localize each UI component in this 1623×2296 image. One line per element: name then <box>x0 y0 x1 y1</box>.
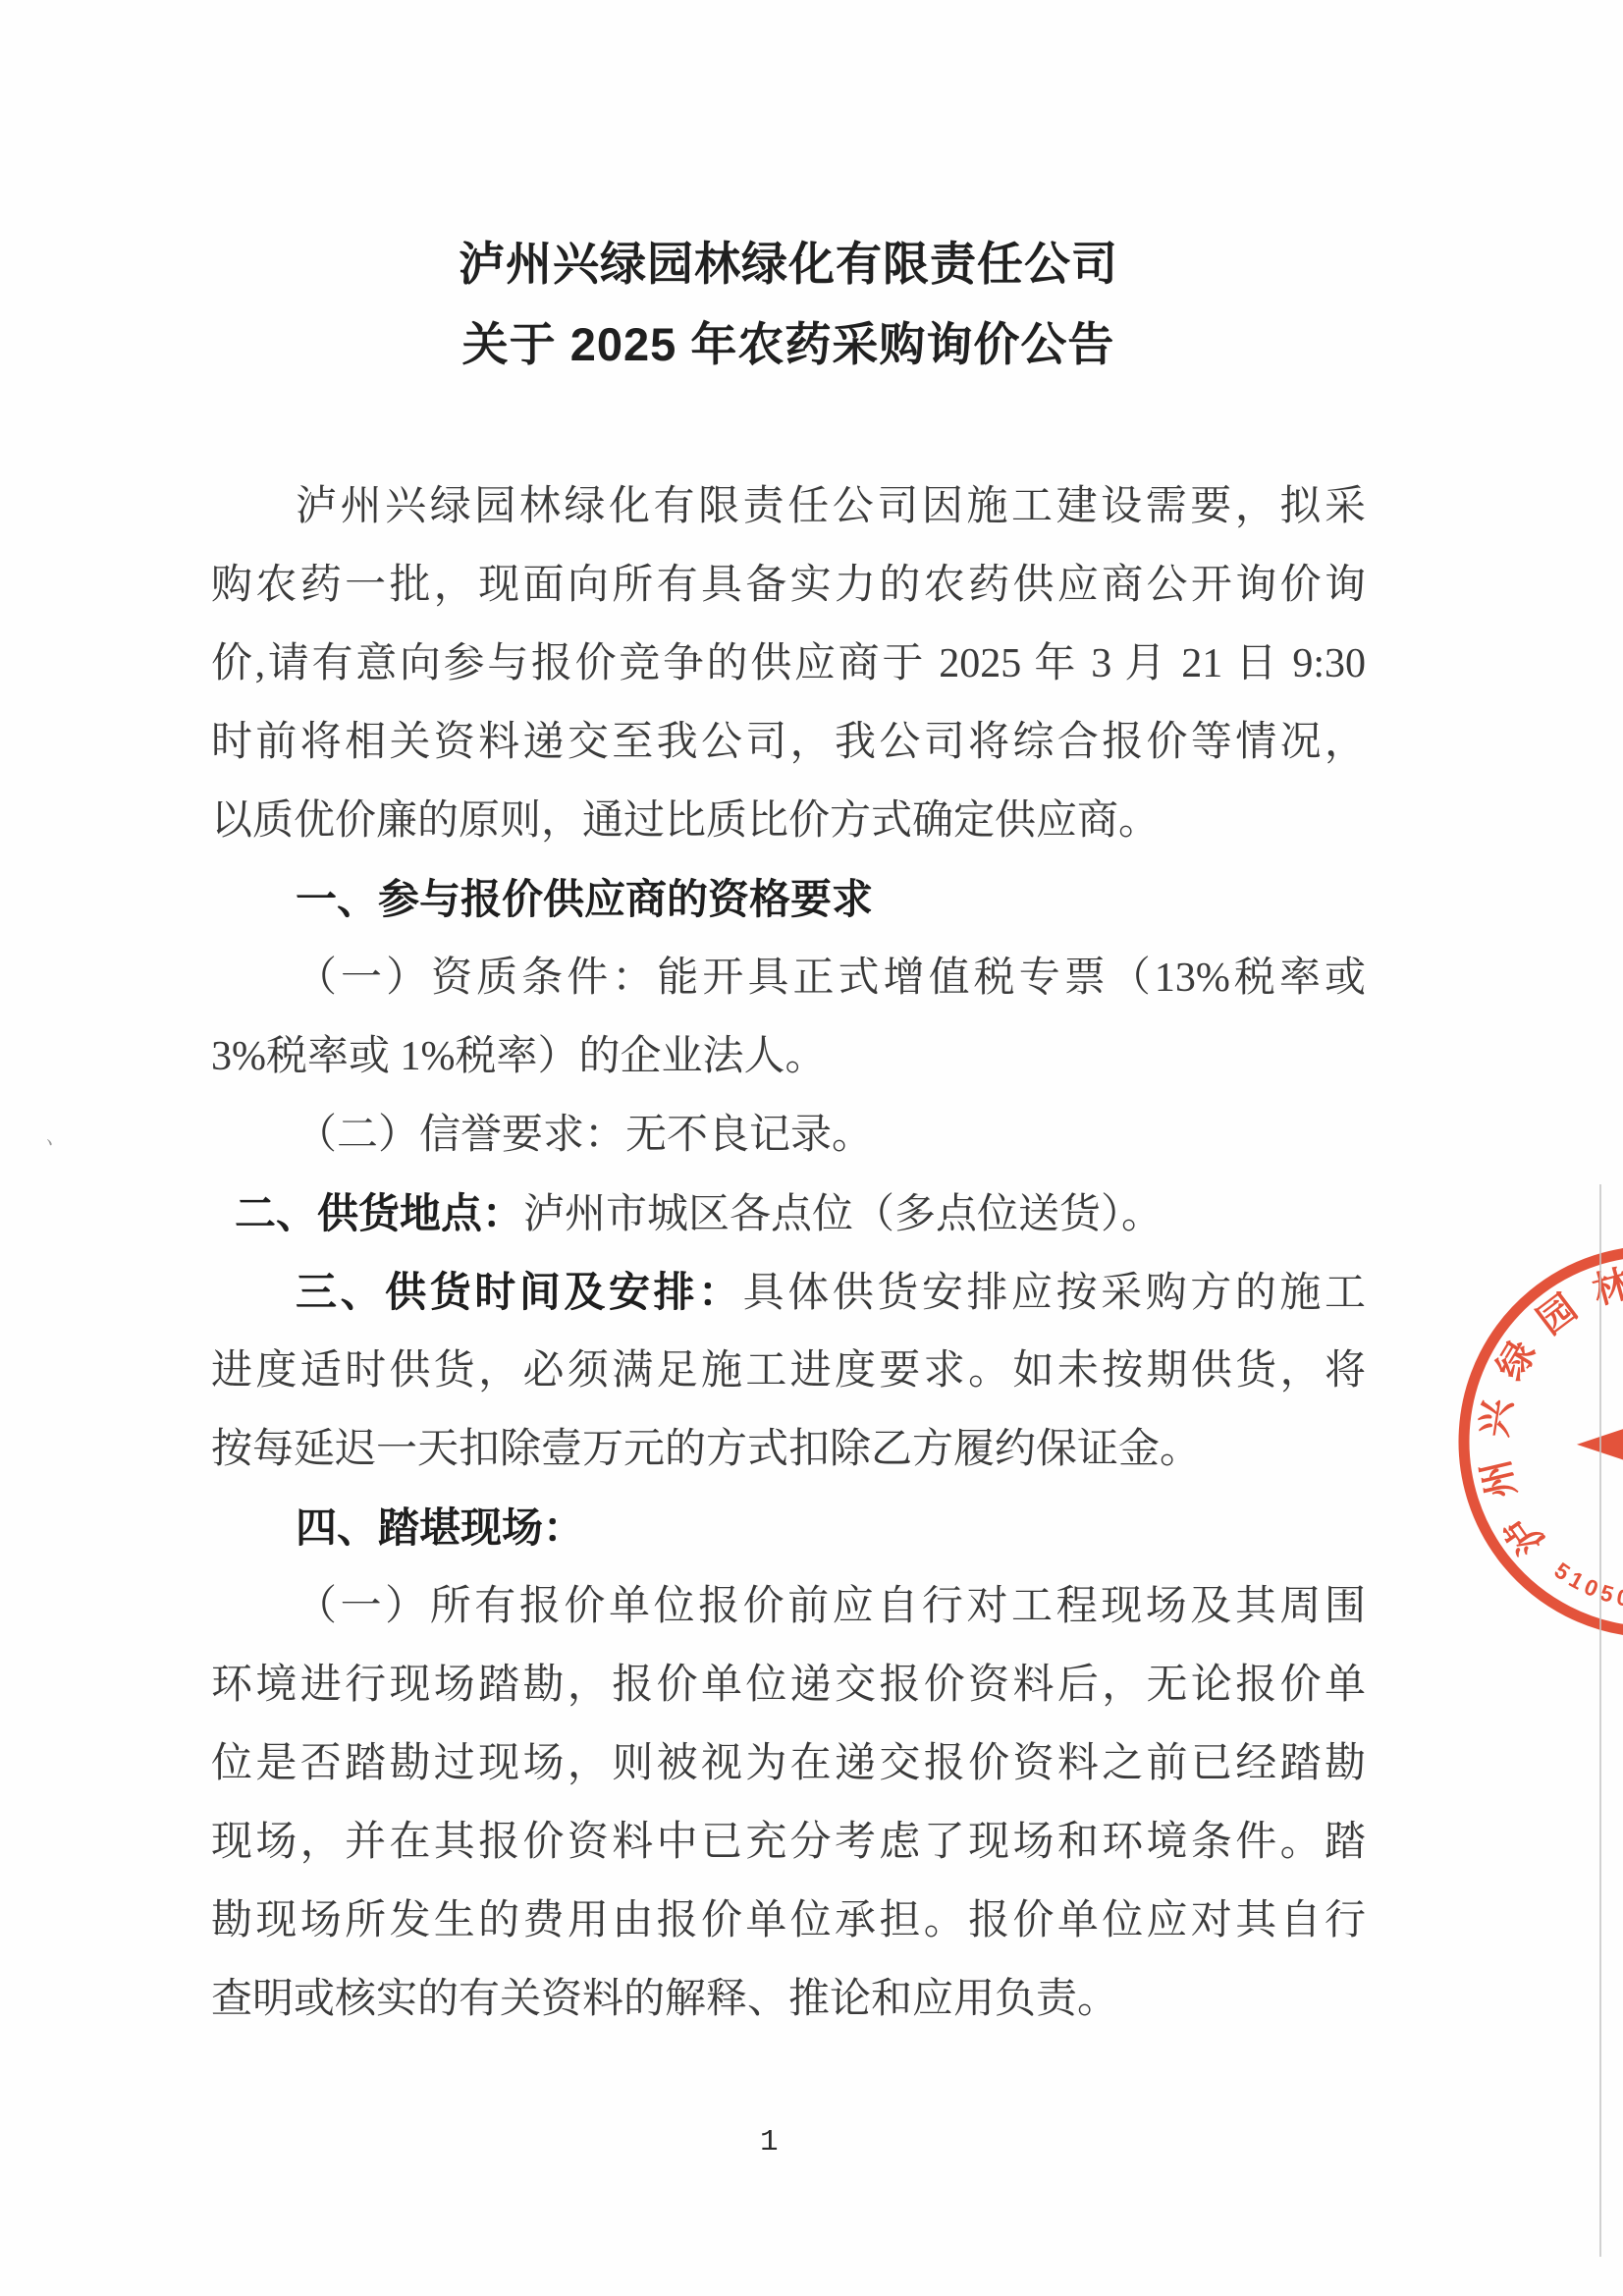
title-line-2: 关于 2025 年农药采购询价公告 <box>211 304 1366 385</box>
heading-text: 三、供货时间及安排： <box>296 1269 743 1315</box>
text-line: 购农药一批，现面向所有具备实力的农药供应商公开询价询 <box>211 546 1366 625</box>
text-line: 环境进行现场踏勘，报价单位递交报价资料后，无论报价单 <box>211 1646 1366 1724</box>
text-line: 进度适时供货，必须满足施工进度要求。如未按期供货，将 <box>211 1332 1366 1410</box>
body-text: 购农药一批，现面向所有具备实力的农药供应商公开询价询 <box>211 563 1366 608</box>
company-seal: 泸州兴绿园林绿化有限责任公司 5105003 <box>1448 1221 1623 1672</box>
text-line: 四、踏堪现场： <box>211 1489 1366 1567</box>
body-text: 3%税率或 1%税率）的企业法人。 <box>211 1034 826 1079</box>
text-line: 按每延迟一天扣除壹万元的方式扣除乙方履约保证金。 <box>211 1410 1366 1489</box>
body-text: 泸州兴绿园林绿化有限责任公司因施工建设需要，拟采 <box>296 484 1366 529</box>
body-text: 按每延迟一天扣除壹万元的方式扣除乙方履约保证金。 <box>211 1427 1201 1472</box>
text-line: （一）所有报价单位报价前应自行对工程现场及其周围 <box>211 1567 1366 1646</box>
document-title: 泸州兴绿园林绿化有限责任公司 关于 2025 年农药采购询价公告 <box>211 224 1366 385</box>
body-text: 现场，并在其报价资料中已充分考虑了现场和环境条件。踏 <box>211 1820 1366 1865</box>
body-text: 时前将相关资料递交至我公司，我公司将综合报价等情况， <box>211 720 1366 765</box>
text-line: 位是否踏勘过现场，则被视为在递交报价资料之前已经踏勘 <box>211 1724 1366 1803</box>
text-line: 以质优价廉的原则，通过比质比价方式确定供应商。 <box>211 782 1366 860</box>
text-line: 现场，并在其报价资料中已充分考虑了现场和环境条件。踏 <box>211 1803 1366 1882</box>
text-line: 泸州兴绿园林绿化有限责任公司因施工建设需要，拟采 <box>211 467 1366 546</box>
body-text: （二）信誉要求：无不良记录。 <box>296 1113 873 1158</box>
scan-speck: 、 <box>44 1120 72 1154</box>
body-text: 泸州市城区各点位（多点位送货）。 <box>523 1192 1163 1237</box>
heading-text: 二、供货地点： <box>235 1190 523 1236</box>
svg-text:泸州兴绿园林绿化有限责任公司: 泸州兴绿园林绿化有限责任公司 <box>1448 1221 1623 1596</box>
text-line: 价,请有意向参与报价竞争的供应商于 2025 年 3 月 21 日 9:30 <box>211 625 1366 703</box>
text-line: 勘现场所发生的费用由报价单位承担。报价单位应对其自行 <box>211 1882 1366 1960</box>
body-text: 进度适时供货，必须满足施工进度要求。如未按期供货，将 <box>211 1348 1366 1394</box>
heading-text: 一、参与报价供应商的资格要求 <box>296 876 873 922</box>
text-line: 三、供货时间及安排：具体供货安排应按采购方的施工 <box>211 1253 1366 1332</box>
text-line: （一）资质条件：能开具正式增值税专票（13%税率或 <box>211 939 1366 1017</box>
text-line: 3%税率或 1%税率）的企业法人。 <box>211 1017 1366 1096</box>
body-text: 价,请有意向参与报价竞争的供应商于 2025 年 3 月 21 日 9:30 <box>211 641 1366 686</box>
document-body: 泸州兴绿园林绿化有限责任公司因施工建设需要，拟采购农药一批，现面向所有具备实力的… <box>211 467 1366 2039</box>
body-text: （一）所有报价单位报价前应自行对工程现场及其周围 <box>296 1584 1366 1629</box>
title-line-1: 泸州兴绿园林绿化有限责任公司 <box>211 224 1366 304</box>
body-text: 以质优价廉的原则，通过比质比价方式确定供应商。 <box>211 798 1160 844</box>
body-text: （一）资质条件：能开具正式增值税专票（13%税率或 <box>296 956 1366 1001</box>
body-text: 勘现场所发生的费用由报价单位承担。报价单位应对其自行 <box>211 1898 1366 1943</box>
body-text: 位是否踏勘过现场，则被视为在递交报价资料之前已经踏勘 <box>211 1741 1366 1786</box>
page-number: 1 <box>760 2125 779 2159</box>
document-page: 泸州兴绿园林绿化有限责任公司 关于 2025 年农药采购询价公告 泸州兴绿园林绿… <box>0 0 1623 2296</box>
seal-arc-text: 泸州兴绿园林绿化有限责任公司 <box>1448 1221 1623 1596</box>
text-line: 二、供货地点：泸州市城区各点位（多点位送货）。 <box>211 1175 1366 1253</box>
seal-star-icon <box>1560 1346 1623 1528</box>
text-line: 查明或核实的有关资料的解释、推论和应用负责。 <box>211 1960 1366 2039</box>
text-line: 时前将相关资料递交至我公司，我公司将综合报价等情况， <box>211 703 1366 782</box>
text-line: 一、参与报价供应商的资格要求 <box>211 860 1366 939</box>
body-text: 查明或核实的有关资料的解释、推论和应用负责。 <box>211 1977 1118 2022</box>
body-text: 环境进行现场踏勘，报价单位递交报价资料后，无论报价单 <box>211 1663 1366 1708</box>
heading-text: 四、踏堪现场： <box>296 1504 584 1551</box>
body-text: 具体供货安排应按采购方的施工 <box>743 1271 1366 1316</box>
scan-edge-line <box>1599 1184 1601 2257</box>
text-line: （二）信誉要求：无不良记录。 <box>211 1096 1366 1175</box>
